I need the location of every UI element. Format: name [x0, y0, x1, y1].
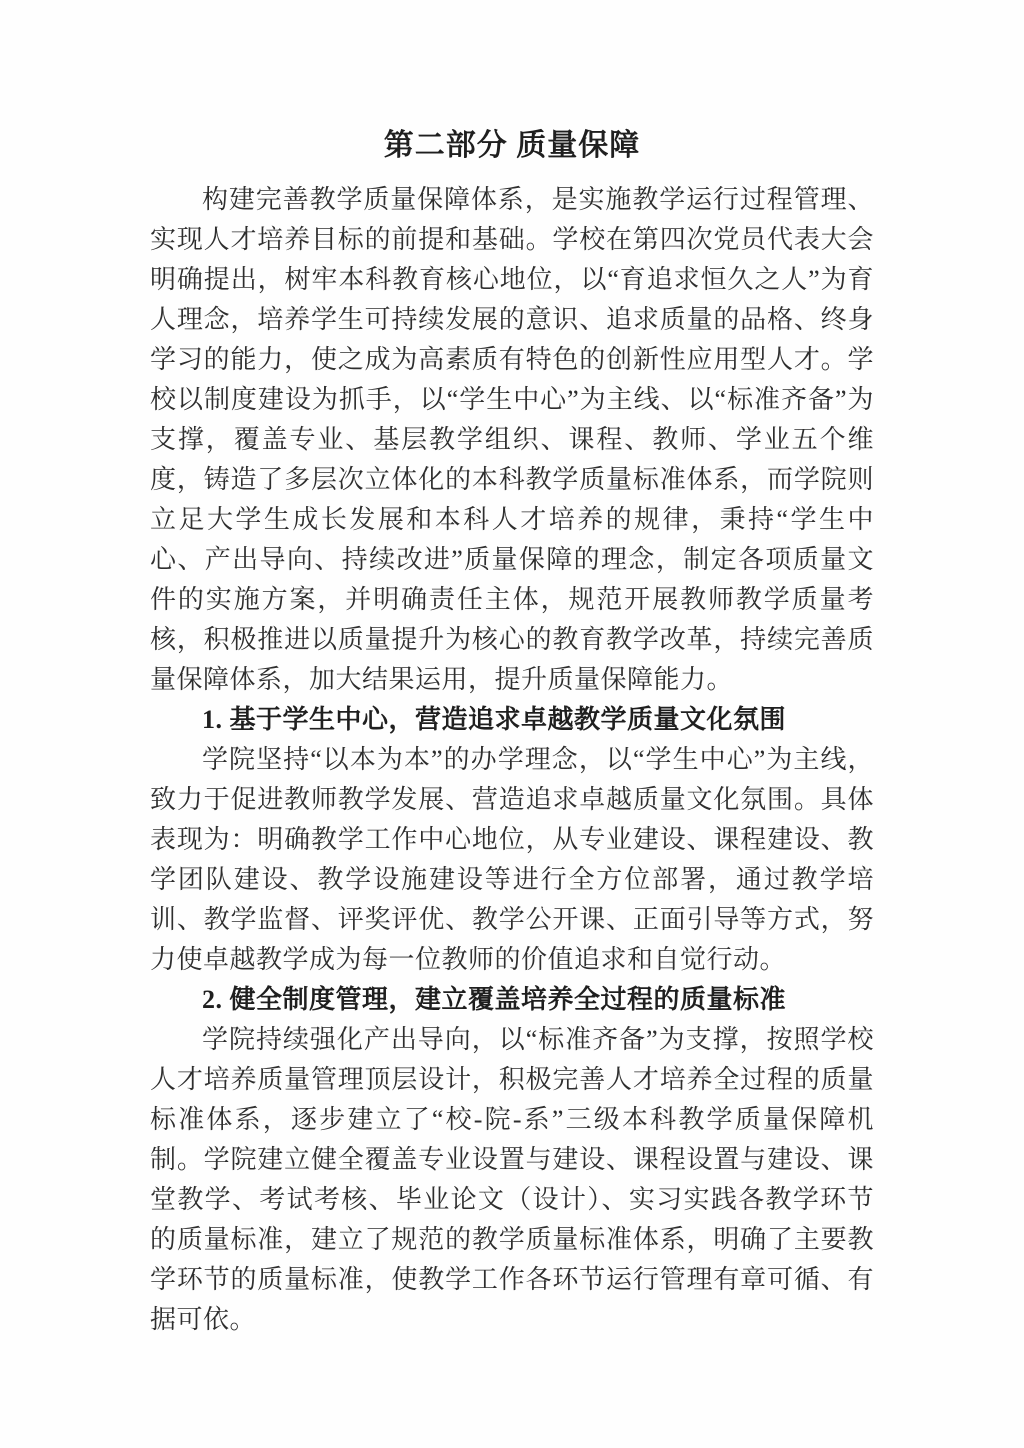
intro-paragraph: 构建完善教学质量保障体系，是实施教学运行过程管理、实现人才培养目标的前提和基础。… — [150, 180, 874, 700]
section-1-paragraph: 学院坚持“以本为本”的办学理念，以“学生中心”为主线，致力于促进教师教学发展、营… — [150, 740, 874, 980]
document-page: 第二部分 质量保障 构建完善教学质量保障体系，是实施教学运行过程管理、实现人才培… — [0, 0, 1024, 1448]
section-2-paragraph: 学院持续强化产出导向，以“标准齐备”为支撑，按照学校人才培养质量管理顶层设计，积… — [150, 1020, 874, 1340]
section-2-heading: 2. 健全制度管理，建立覆盖培养全过程的质量标准 — [150, 980, 874, 1020]
page-title: 第二部分 质量保障 — [150, 126, 874, 166]
section-1-heading: 1. 基于学生中心，营造追求卓越教学质量文化氛围 — [150, 700, 874, 740]
